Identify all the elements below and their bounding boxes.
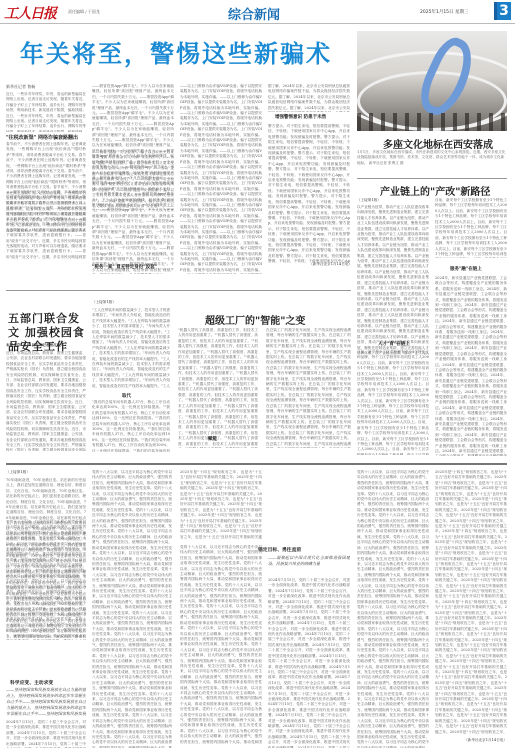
food-safety-body: 近日，市场监管总局、教育部、国家卫生健康委、公安部、农业农村部联合印发通知，要求… xyxy=(6,351,86,451)
lead-byline: 新华社记者 鲁畅 xyxy=(6,84,35,90)
bottom-body-p8: 党的十八大以来，以习近平同志为核心的党中央以伟大的历史主动精神、巨大的政治勇气、… xyxy=(357,470,429,748)
industry-title[interactable]: 产业链上的"产改"新路径 xyxy=(380,183,490,198)
bottom-body-p3: 2024年7月15日，党的二十届三中全会召开，对进一步全面深化改革、推进中国式现… xyxy=(6,720,86,748)
lead-subhead-3: 增强警惕意识 防患于未然 xyxy=(275,114,326,120)
smart-factory-body-p2: "我们的总装车间有机器人37台，核心工序自动化率达到100%，这一比例还在持续提… xyxy=(92,400,170,452)
photo-title: 多座文化地标在西安落成 xyxy=(383,136,493,151)
masthead: 工人日报 责任编辑 / 于国龙 综合新闻 2025年1月15日 星期三 3 xyxy=(0,0,515,24)
editor-credit: 责任编辑 / 于国龙 xyxy=(68,9,100,15)
section-title: 综合新闻 xyxy=(228,4,280,23)
news-photo[interactable] xyxy=(357,31,507,131)
bottom-subhead-goal-sub: ——凝聚起以中国式现代化全面推进强国建设、民族复兴伟业的磅礴力量 xyxy=(268,555,350,573)
smart-factory-continued: （上接第1版） xyxy=(92,300,170,308)
smart-factory-subhead-empower: 赋能 xyxy=(208,436,217,442)
lead-headline[interactable]: 年关将至，警惕这些新骗术 xyxy=(20,34,332,69)
bottom-body-p2: 党的十八大以来，以习近平同志为核心的党中央以伟大的历史主动精神、巨大的政治勇气、… xyxy=(6,520,86,640)
newspaper-logo[interactable]: 工人日报 xyxy=(4,3,56,23)
bottom-body-p7: 2024年7月15日，党的二十届三中全会召开，对进一步全面深化改革、推进中国式现… xyxy=(268,578,350,748)
bottom-body-p9: 2025年是"十四五"规划收官之年，也是为"十五五"良好开局打牢基础的关键之年。… xyxy=(435,470,507,735)
lead-body-p1: 近日，一些针对年终奖、年货、春运的新型骗局在网络上出现。记者日前走访发现，随着年… xyxy=(6,92,86,132)
lead-subhead-2: "税务一案" 冒充特定身份"设套" xyxy=(92,264,157,270)
visitors-silhouette xyxy=(357,113,507,131)
lead-body-p8: 警方提示，对于陌生来电、短信要提高警惕，不轻信、不转账；下载使用国家反诈中心Ap… xyxy=(268,124,350,264)
industry-body-p1: 以产业链为纽带，推动产业工人队伍建设改革向纵深发展，聚焦先进制造业集群，建立完善… xyxy=(357,205,429,355)
issue-date: 2025年1月15日 星期三 xyxy=(420,9,468,15)
lead-body-p5: ——以上门维修为由诈骗VOIP设备。骗子以提供安装服务为名，上门安装VOIP设备… xyxy=(180,84,262,274)
lead-subhead-1: "往税改新渠" 网络诈骗套路翻出 xyxy=(6,134,78,141)
lead-body-p3: ——冒用"政务""社交平台"。近期，多名市民反映接到冒充客服的电话，对方声称可以… xyxy=(6,190,86,260)
bottom-subhead-adapt-sub: ——坚持把国家和民族发展放在自己力量的基点上，坚持把我国发展进步的命运牢牢掌握在… xyxy=(6,687,86,717)
divider xyxy=(6,290,351,291)
bottom-subhead-goal: 锚定目标、勇往直前 xyxy=(258,546,301,553)
bottom-dateline-end: （新华社北京1月14日电） xyxy=(440,738,507,746)
industry-body-p3: 2024年，新安县通过产业链党建联盟、工会联合会等形式，构建覆盖全产业链的服务体… xyxy=(435,276,507,456)
bottom-body-p5: 2025年是"十四五"规划收官之年，也是为"十五五"良好开局打牢基础的关键之年。… xyxy=(180,470,262,540)
smart-factory-title[interactable]: 超级工厂的"智能"之变 xyxy=(205,312,305,327)
divider xyxy=(357,178,507,179)
lead-body-p6: ——伪装"提醒""安全检查"。骗子以公安机关名义要求受害人将资金转入所谓"安全账… xyxy=(92,150,174,210)
bottom-body-p4: 党的十八大以来，以习近平同志为核心的党中央以伟大的历史主动精神、巨大的政治勇气、… xyxy=(92,470,172,748)
divider xyxy=(6,463,507,465)
lead-body-p7a: 据了解，2024年以来，北京市公安局刑侦总队破获电信网络诈骗案件数千起，为群众挽… xyxy=(268,84,350,112)
page-number-badge: 3 xyxy=(494,2,511,20)
smart-factory-body-p3: "机器人替代了高强度、高重复的工作，但技术工人的作用更加重要了。""机器人替代了… xyxy=(178,328,258,448)
lead-dateline-end: （新华社北京1月14日电） xyxy=(300,262,352,270)
photo-caption: 1月1日，多座文化地标在西安落成，市民在新建成的文化中心参观游览。近期，西安多座… xyxy=(357,150,507,166)
industry-subhead-service: 服务"融"在链上 xyxy=(450,266,482,272)
smart-factory-body-p4: 在总装工厂的数字化车间里，生产线实现全流程追溯管理，每台车辆的生产数据实时上传。… xyxy=(266,328,351,448)
industry-subhead-talent: 人才"育"在链上 xyxy=(378,341,410,347)
bottom-subhead-adapt: 科学应变、主动求变 xyxy=(10,679,53,686)
industry-body-p4: 目前，新安每个工区学校拥有至少1个特色工种品牌，每个工区学校每年培训技术工人20… xyxy=(357,350,429,455)
smart-factory-body-p1: "工人在焊装车间的数量减少了，技术型人才的需求增加了。"车间负责人介绍说，智能化… xyxy=(92,308,170,388)
bottom-body-p6: 党的十八大以来，以习近平同志为核心的党中央以伟大的历史主动精神、巨大的政治勇气、… xyxy=(180,545,262,745)
smart-factory-subhead-replace: 取代 xyxy=(122,393,131,399)
food-safety-dateline: 本报北京1月14日电（记者杨召奎） xyxy=(6,343,86,351)
bottom-continued: （上接第1版） xyxy=(6,470,86,478)
industry-body-p2: 目前，新安每个工区学校拥有至少1个特色工种品牌，每个工区学校每年培训技术工人20… xyxy=(435,198,507,258)
